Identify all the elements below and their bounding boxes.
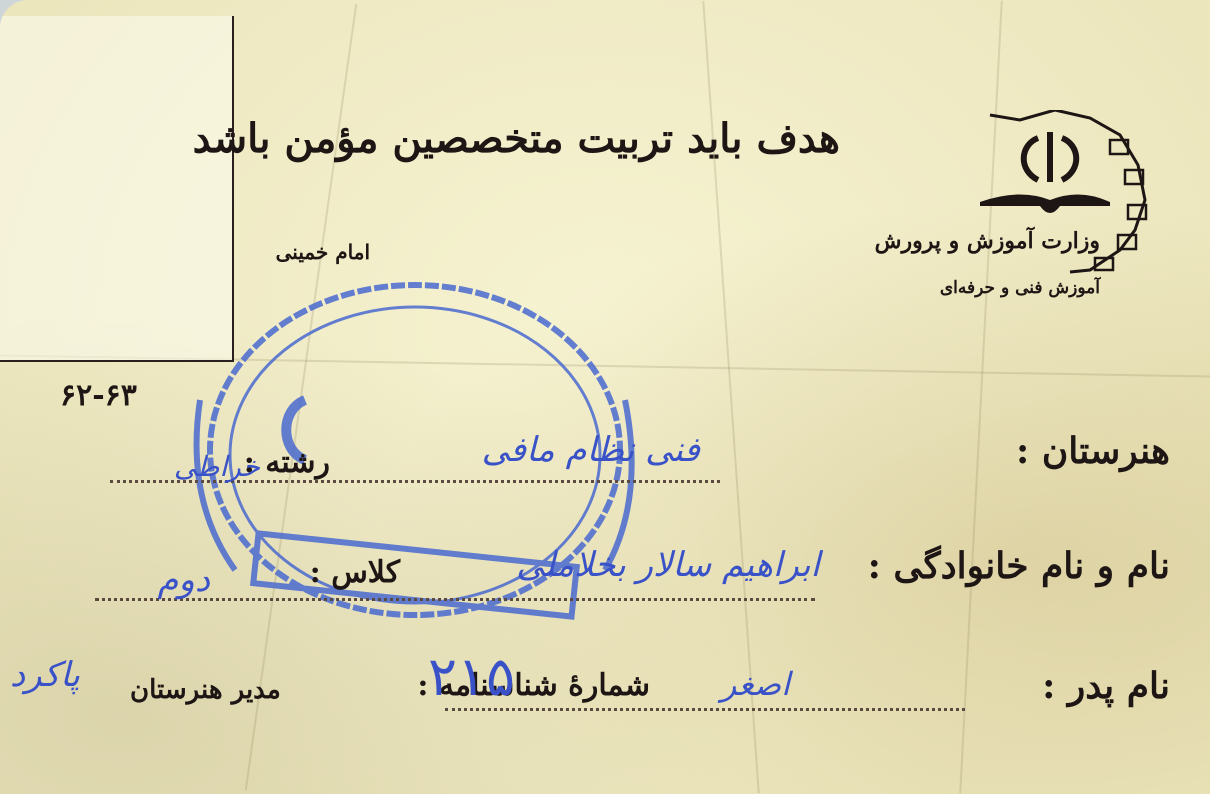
department-name: آموزش فنی و حرفه‌ای (940, 278, 1100, 298)
iran-emblem-on-book-icon (960, 110, 1160, 280)
id-card: هدف باید تربیت متخصصین مؤمن باشد امام خم… (0, 0, 1210, 794)
class-label: کلاس : (310, 555, 400, 590)
id-number-value: ۲۱۵ (428, 645, 515, 708)
class-value: دوم (157, 560, 210, 600)
school-value: فنی نظام مافی (482, 430, 700, 470)
slogan: هدف باید تربیت متخصصین مؤمن باشد (193, 115, 840, 162)
ministry-name: وزارت آموزش و پرورش (875, 228, 1100, 254)
principal-note: مدیر هنرستان (130, 675, 281, 705)
major-value: خراطی (174, 450, 260, 483)
full-name-label: نام و نام خانوادگی : (868, 545, 1170, 587)
school-label: هنرستان : (1016, 430, 1170, 472)
card-number: ۶۲-۶۳ (60, 378, 137, 413)
father-name-label: نام پدر : (1042, 665, 1170, 707)
full-name-value: ابراهیم سالار بخلاملی (516, 545, 820, 585)
father-field-line (445, 708, 965, 711)
father-name-value: اصغر (721, 665, 790, 703)
handwritten-note: پاکرد (10, 655, 80, 695)
